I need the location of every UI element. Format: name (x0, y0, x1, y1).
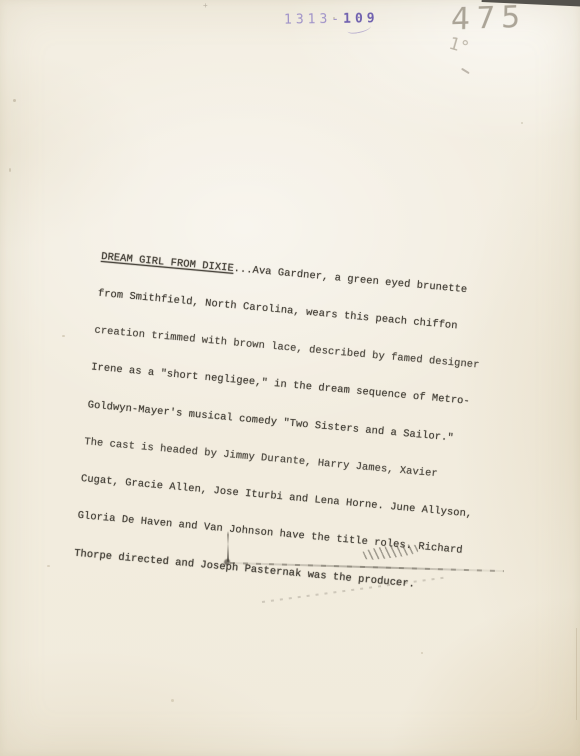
paper-speck (9, 168, 11, 172)
paper-speck (171, 699, 174, 702)
tiny-plus-mark: + (203, 1, 208, 10)
pencil-tick-mark (461, 68, 469, 74)
caption-line-rest: ...Ava Gardner, a green eyed brunette (233, 263, 468, 296)
paper-speck (13, 99, 16, 102)
ink-smudge-vertical (227, 531, 229, 562)
paper-speck (47, 565, 50, 567)
paper-speck (333, 17, 335, 19)
paper-speck (62, 335, 65, 337)
photo-verso-scan: 1313-109 475 1° + DREAM GIRL FROM DIXIE.… (0, 0, 580, 756)
caption-line: Thorpe directed and Joseph Pasternak was… (74, 547, 485, 597)
paper-speck (421, 652, 423, 654)
pencil-number: 475 (451, 0, 527, 37)
pencil-note: 1° (447, 34, 471, 59)
typed-caption: DREAM GIRL FROM DIXIE...Ava Gardner, a g… (71, 226, 514, 622)
paper-edge-crease (576, 628, 577, 720)
paper-speck (521, 122, 523, 124)
stamp-number-prefix: 1313- (284, 12, 343, 28)
caption-title: DREAM GIRL FROM DIXIE (101, 251, 235, 275)
